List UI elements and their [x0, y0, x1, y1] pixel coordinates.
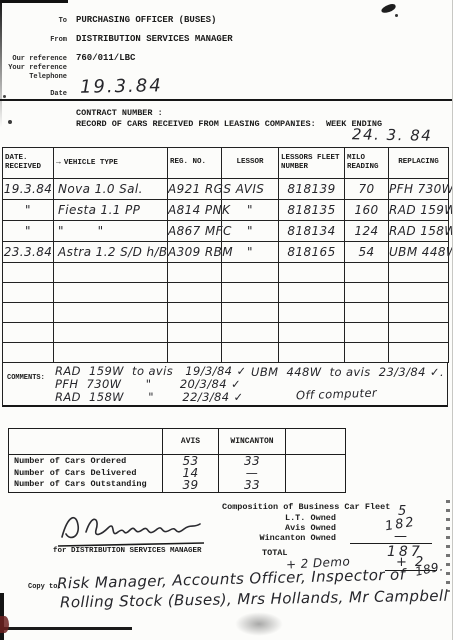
- cell-replacing: PFH 730W: [389, 179, 449, 200]
- ink-blot: [380, 3, 396, 14]
- scan-edge-artifact: [0, 0, 2, 128]
- wincanton-outstanding: 33: [219, 479, 285, 491]
- cell-vehicle: " ": [54, 221, 168, 242]
- cell-replacing: RAD 159W: [389, 200, 449, 221]
- signature-for-line: for DISTRIBUTION SERVICES MANAGER: [53, 547, 202, 555]
- cell-fleet-no: 818139: [279, 179, 345, 200]
- fleet-composition-title: Composition of Business Car Fleet: [222, 502, 390, 512]
- empty-row: [3, 303, 449, 323]
- cars-table-header-row: DATE. RECEIVED →VEHICLE TYPE REG. NO. LE…: [3, 148, 449, 179]
- from-value: DISTRIBUTION SERVICES MANAGER: [76, 34, 233, 44]
- cell-date: ": [3, 221, 54, 242]
- cell-milo: 70: [345, 179, 389, 200]
- cars-received-table: DATE. RECEIVED →VEHICLE TYPE REG. NO. LE…: [2, 147, 449, 363]
- cell-date: 23.3.84: [3, 242, 54, 263]
- our-reference-label: Our reference: [7, 55, 67, 63]
- cell-fleet-no: 818135: [279, 200, 345, 221]
- week-ending-handwritten: 24. 3. 84: [352, 125, 433, 144]
- label-cars-outstanding: Number of Cars Outstanding: [9, 479, 162, 491]
- lt-owned-label: L.T. Owned: [214, 513, 336, 523]
- your-reference-label: Your reference: [7, 64, 67, 72]
- empty-row: [3, 343, 449, 363]
- header-wincanton: WINCANTON: [219, 429, 286, 455]
- from-label: From: [7, 36, 67, 44]
- cell-vehicle: Nova 1.0 Sal.: [54, 179, 168, 200]
- empty-row: [3, 263, 449, 283]
- scan-edge-artifact: [0, 0, 68, 3]
- empty-row: [3, 283, 449, 303]
- date-label: Date: [7, 90, 67, 98]
- ink-speck: [8, 120, 12, 124]
- header-lessor: LESSOR: [222, 148, 279, 179]
- letterhead-divider: [0, 99, 453, 101]
- blank-cell: [286, 455, 346, 493]
- cell-reg: A309 RBM: [168, 242, 222, 263]
- header-date-received: DATE. RECEIVED: [3, 148, 54, 179]
- signature-scrawl: [52, 505, 210, 550]
- comment-line-3: RAD 158W " 22/3/84 ✓: [55, 390, 244, 404]
- contract-number-label: CONTRACT NUMBER :: [76, 108, 163, 118]
- cell-fleet-no: 818165: [279, 242, 345, 263]
- car-counts-header-row: AVIS WINCANTON: [9, 429, 346, 455]
- to-label: To: [7, 17, 67, 25]
- date-handwritten: 19.3.84: [80, 75, 163, 97]
- arrow-icon: →: [56, 158, 61, 168]
- avis-values: 53 14 39: [163, 455, 219, 493]
- ink-blot: [395, 14, 398, 17]
- total-label: TOTAL: [262, 548, 288, 558]
- header-reg-no: REG. NO.: [168, 148, 222, 179]
- wincanton-values: 33 — 33: [219, 455, 286, 493]
- comment-line-1: RAD 159W to avis 19/3/84 ✓: [55, 364, 247, 378]
- car-row-1: 19.3.84 Nova 1.0 Sal. A921 RGS AVIS 8181…: [3, 179, 449, 200]
- cell-milo: 160: [345, 200, 389, 221]
- record-title: RECORD OF CARS RECEIVED FROM LEASING COM…: [76, 119, 382, 129]
- cell-reg: A867 MFC: [168, 221, 222, 242]
- avis-outstanding: 39: [163, 479, 218, 491]
- header-blank: [9, 429, 163, 455]
- label-cars-delivered: Number of Cars Delivered: [9, 468, 162, 480]
- cell-replacing: UBM 448W: [389, 242, 449, 263]
- cell-milo: 54: [345, 242, 389, 263]
- car-counts-labels: Number of Cars Ordered Number of Cars De…: [9, 455, 163, 493]
- scan-edge-artifact: [0, 627, 132, 630]
- cell-date: ": [3, 200, 54, 221]
- binding-perforation-marks: [446, 500, 450, 592]
- our-reference-value: 760/011/LBC: [76, 53, 135, 63]
- avis-owned-label: Avis Owned: [214, 523, 336, 533]
- empty-row: [3, 323, 449, 343]
- car-row-2: " Fiesta 1.1 PP A814 PNK " 818135 160 RA…: [3, 200, 449, 221]
- header-replacing: REPLACING: [389, 148, 449, 179]
- cell-replacing: RAD 158W: [389, 221, 449, 242]
- cell-date: 19.3.84: [3, 179, 54, 200]
- scanned-memo-page: To PURCHASING OFFICER (BUSES) From DISTR…: [0, 0, 453, 640]
- car-row-4: 23.3.84 Astra 1.2 S/D h/B A309 RBM " 818…: [3, 242, 449, 263]
- cell-vehicle: Astra 1.2 S/D h/B: [54, 242, 168, 263]
- car-counts-body-row: Number of Cars Ordered Number of Cars De…: [9, 455, 346, 493]
- wincanton-owned-label: Wincanton Owned: [214, 533, 336, 543]
- comment-right-1: UBM 448W to avis 23/3/84 ✓.: [251, 365, 444, 379]
- cell-fleet-no: 818134: [279, 221, 345, 242]
- label-cars-ordered: Number of Cars Ordered: [9, 456, 162, 468]
- comments-box: COMMENTS: RAD 159W to avis 19/3/84 ✓ PFH…: [2, 362, 448, 407]
- comments-label: COMMENTS:: [7, 374, 45, 382]
- header-blank: [286, 429, 346, 455]
- cell-lessor: ": [222, 200, 279, 221]
- car-row-3: " " " A867 MFC " 818134 124 RAD 158W: [3, 221, 449, 242]
- ink-speck: [3, 95, 6, 98]
- cell-vehicle: Fiesta 1.1 PP: [54, 200, 168, 221]
- header-avis: AVIS: [163, 429, 219, 455]
- comment-right-2: Off computer: [296, 386, 378, 403]
- cell-milo: 124: [345, 221, 389, 242]
- header-vehicle-type: →VEHICLE TYPE: [54, 148, 168, 179]
- header-milo-reading: MILO READING: [345, 148, 389, 179]
- telephone-label: Telephone: [7, 73, 67, 81]
- wincanton-owned-value: —: [394, 529, 407, 544]
- cell-reg: A921 RGS: [168, 179, 222, 200]
- comment-line-2: PFH 730W " 20/3/84 ✓: [55, 377, 241, 391]
- header-lessors-fleet-number: LESSORS FLEET NUMBER: [279, 148, 345, 179]
- smudge-mark: [235, 612, 283, 636]
- to-value: PURCHASING OFFICER (BUSES): [76, 15, 216, 25]
- cell-reg: A814 PNK: [168, 200, 222, 221]
- red-ink-mark: [0, 616, 9, 633]
- car-counts-table: AVIS WINCANTON Number of Cars Ordered Nu…: [8, 428, 346, 493]
